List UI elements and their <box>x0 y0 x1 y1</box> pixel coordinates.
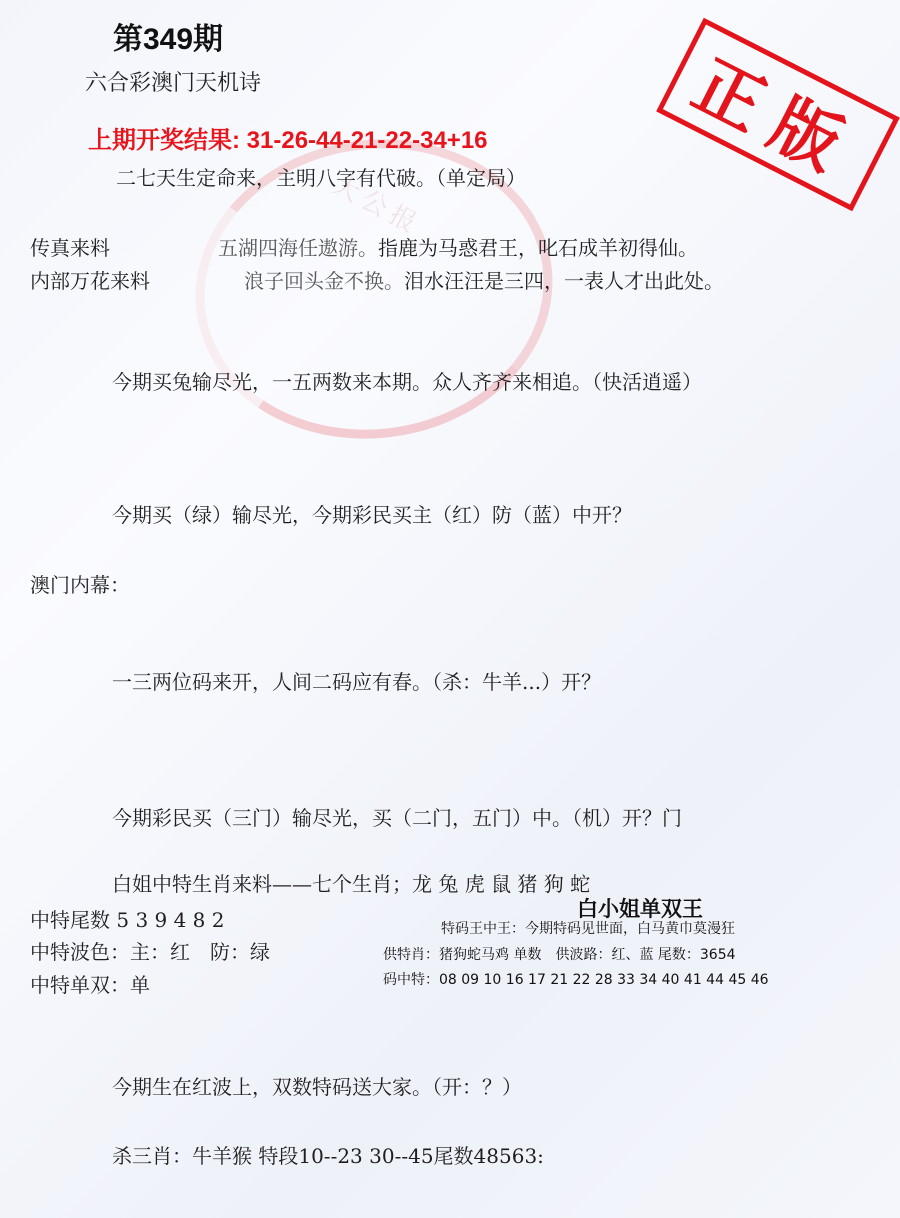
bai-box-line2: 供特肖：猪狗蛇马鸡 单数 供波路：红、蓝 尾数：3654 <box>383 944 736 964</box>
line-zodiac: 白姐中特生肖来料——七个生肖；龙 兔 虎 鼠 猪 狗 蛇 <box>112 868 590 897</box>
bai-box-line1: 特码王中王：今期特码见世面，白马黄巾莫漫狂 <box>441 918 735 938</box>
line-color: 今期买（绿）输尽光，今期彩民买主（红）防（蓝）中开？ <box>112 499 632 528</box>
source-text-fax-light: 五湖四海任遨游。 <box>218 236 378 260</box>
line-digits: 一三两位码来开，人间二码应有春。（杀：牛羊...）开？ <box>112 666 601 695</box>
macau-heading: 澳门内幕： <box>30 569 130 598</box>
subtitle: 六合彩澳门天机诗 <box>85 66 261 97</box>
source-text-fax-main: 指鹿为马惑君王，叱石成羊初得仙。 <box>378 236 698 260</box>
bai-box-line3: 码中特：08 09 10 16 17 21 22 28 33 34 40 41 … <box>383 969 769 989</box>
line-tail: 中特尾数 5 3 9 4 8 2 <box>30 904 225 933</box>
source-text-internal: 浪子回头金不换。泪水汪汪是三四，一表人才出此处。 <box>244 265 724 294</box>
line-kill: 杀三肖：牛羊猴 特段10--23 30--45尾数48563: <box>112 1140 544 1169</box>
issue-title: 第349期 <box>113 14 223 58</box>
source-text-fax: 五湖四海任遨游。指鹿为马惑君王，叱石成羊初得仙。 <box>218 232 698 261</box>
line-doors: 今期彩民买（三门）输尽光，买（二门，五门）中。（机）开？门 <box>112 802 682 831</box>
source-text-internal-light: 浪子回头金不换。 <box>244 269 404 293</box>
last-result-numbers: 31-26-44-21-22-34+16 <box>247 127 488 154</box>
source-text-internal-main: 泪水汪汪是三四，一表人才出此处。 <box>404 269 724 293</box>
source-label-fax: 传真来料 <box>30 232 110 261</box>
last-result: 上期开奖结果: 31-26-44-21-22-34+16 <box>88 120 488 155</box>
poem-line: 二七天生定命来，主明八字有代破。（单定局） <box>116 162 526 191</box>
line-odd-even: 中特单双：单 <box>30 969 150 998</box>
last-result-label: 上期开奖结果: <box>88 127 240 154</box>
line-rabbit: 今期买兔输尽光，一五两数来本期。众人齐齐来相追。（快活逍遥） <box>112 366 702 395</box>
source-label-internal: 内部万花来料 <box>30 265 150 294</box>
genuine-stamp: 正版 <box>656 18 900 211</box>
line-wave: 中特波色：主：红 防：绿 <box>30 936 270 965</box>
line-red-wave: 今期生在红波上，双数特码送大家。（开：？） <box>112 1071 522 1100</box>
